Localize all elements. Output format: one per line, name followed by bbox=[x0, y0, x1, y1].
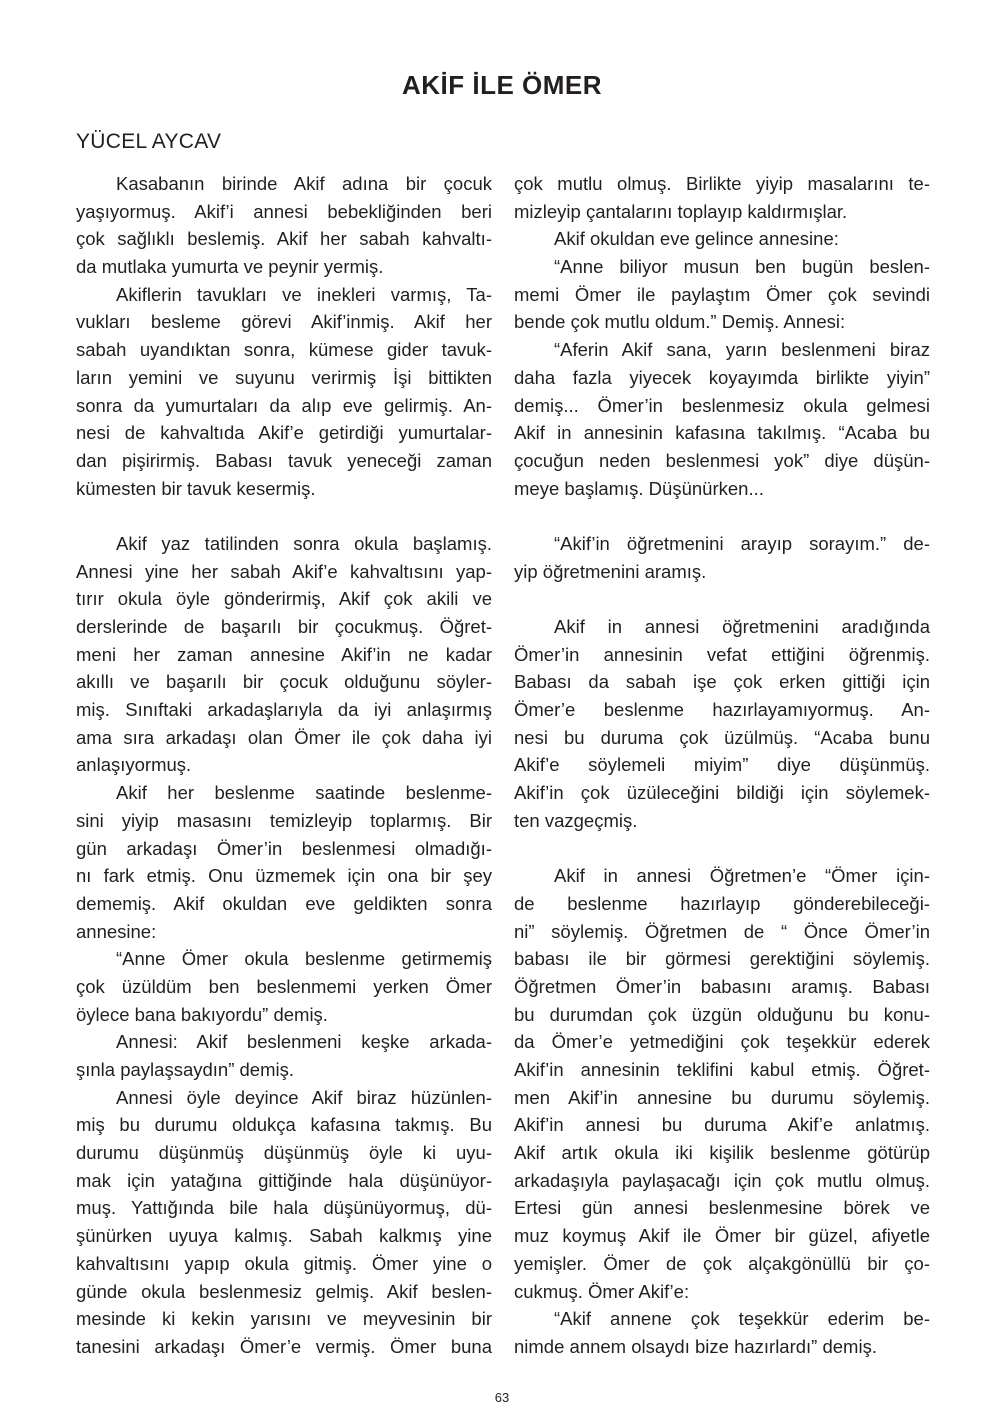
text-line: ten vazgeçmiş. bbox=[514, 807, 930, 835]
text-line: meye başlamış. Düşünürken... bbox=[514, 475, 930, 503]
page-number: 63 bbox=[0, 1390, 1004, 1405]
text-line: “Anne biliyor musun ben bugün beslen- bbox=[514, 253, 930, 281]
text-line: vukları besleme görevi Akif’inmiş. Akif … bbox=[76, 308, 492, 336]
text-line: Ömer’e beslenme hazırlayamıyormuş. An- bbox=[514, 696, 930, 724]
text-line: mesinde ki kekin yarısını ve meyvesinin … bbox=[76, 1305, 492, 1333]
text-line: sabah uyandıktan sonra, kümese gider tav… bbox=[76, 336, 492, 364]
text-line: Babası da sabah işe çok erken gittiği iç… bbox=[514, 668, 930, 696]
text-line: Akif her beslenme saatinde beslenme- bbox=[76, 779, 492, 807]
text-line: günde okula beslenmesiz gelmiş. Akif bes… bbox=[76, 1278, 492, 1306]
text-line: mak için yatağına gittiğinde hala düşünü… bbox=[76, 1167, 492, 1195]
paragraph-gap bbox=[514, 585, 930, 613]
text-line: Kasabanın birinde Akif adına bir çocuk bbox=[76, 170, 492, 198]
text-line: akıllı ve başarılı bir çocuk olduğunu sö… bbox=[76, 668, 492, 696]
text-line: durumu düşünmüş düşünmüş öyle ki uyu- bbox=[76, 1139, 492, 1167]
text-line: Ömer’in annesinin vefat ettiğini öğrenmi… bbox=[514, 641, 930, 669]
text-line: yip öğretmenini aramış. bbox=[514, 558, 930, 586]
text-line: Akif’e söylemeli miyim” diye düşünmüş. bbox=[514, 751, 930, 779]
text-line: Akif yaz tatilinden sonra okula başlamış… bbox=[76, 530, 492, 558]
text-line: da mutlaka yumurta ve peynir yermiş. bbox=[76, 253, 492, 281]
text-line: sonra da yumurtaları da alıp eve gelirmi… bbox=[76, 392, 492, 420]
text-line: Akif okuldan eve gelince annesine: bbox=[514, 225, 930, 253]
text-line: gün arkadaşı Ömer’in beslenmesi olmadığı… bbox=[76, 835, 492, 863]
text-line: memi Ömer ile paylaştım Ömer çok sevindi bbox=[514, 281, 930, 309]
text-line: çok mutlu olmuş. Birlikte yiyip masaları… bbox=[514, 170, 930, 198]
text-line: şınla paylaşsaydın” demiş. bbox=[76, 1056, 492, 1084]
text-line: demiş... Ömer’in beslenmesiz okula gelme… bbox=[514, 392, 930, 420]
text-line: ama sıra arkadaşı olan Ömer ile çok daha… bbox=[76, 724, 492, 752]
text-line: Annesi öyle deyince Akif biraz hüzünlen- bbox=[76, 1084, 492, 1112]
text-line: anlaşıyormuş. bbox=[76, 751, 492, 779]
text-line: Akif’in annesi bu duruma Akif’e anlatmış… bbox=[514, 1111, 930, 1139]
text-line: bende çok mutlu oldum.” Demiş. Annesi: bbox=[514, 308, 930, 336]
text-line: çocuğun neden beslenmesi yok” diye düşün… bbox=[514, 447, 930, 475]
text-line: Akif artık okula iki kişilik beslenme gö… bbox=[514, 1139, 930, 1167]
text-line: babası ile bir görmesi gerektiğini söyle… bbox=[514, 945, 930, 973]
text-line: “Aferin Akif sana, yarın beslenmeni bira… bbox=[514, 336, 930, 364]
text-line: Akiflerin tavukları ve inekleri varmış, … bbox=[76, 281, 492, 309]
text-line: dan pişirirmiş. Babası tavuk yeneceği za… bbox=[76, 447, 492, 475]
text-line: derslerinde de başarılı bir çocukmuş. Öğ… bbox=[76, 613, 492, 641]
text-line: Annesi: Akif beslenmeni keşke arkada- bbox=[76, 1028, 492, 1056]
text-line: Akif in annesi Öğretmen’e “Ömer için- bbox=[514, 862, 930, 890]
text-line: da Ömer’e yetmediğini çok teşekkür edere… bbox=[514, 1028, 930, 1056]
text-line: dememiş. Akif okuldan eve geldikten sonr… bbox=[76, 890, 492, 918]
text-line: Akif in annesi öğretmenini aradığında bbox=[514, 613, 930, 641]
text-line: çok üzüldüm ben beslenmemi yerken Ömer bbox=[76, 973, 492, 1001]
text-line: Annesi yine her sabah Akif’e kahvaltısın… bbox=[76, 558, 492, 586]
text-line: sini yiyip masasını temizleyip toplarmış… bbox=[76, 807, 492, 835]
text-line: daha fazla yiyecek koyayımda birlikte yi… bbox=[514, 364, 930, 392]
text-line: nesi bu duruma çok üzülmüş. “Acaba bunu bbox=[514, 724, 930, 752]
text-line: miş. Sınıftaki arkadaşlarıyla da iyi anl… bbox=[76, 696, 492, 724]
text-line: de beslenme hazırlayıp gönderebileceği- bbox=[514, 890, 930, 918]
text-line: çok sağlıklı beslemiş. Akif her sabah ka… bbox=[76, 225, 492, 253]
story-title: AKİF İLE ÖMER bbox=[0, 70, 1004, 101]
paragraph-gap bbox=[514, 835, 930, 863]
text-line: men Akif’in annesine bu durumu söylemiş. bbox=[514, 1084, 930, 1112]
text-line: öylece bana bakıyordu” demiş. bbox=[76, 1001, 492, 1029]
text-line: tanesini arkadaşı Ömer’e vermiş. Ömer bu… bbox=[76, 1333, 492, 1361]
text-line: “Akif’in öğretmenini arayıp sorayım.” de… bbox=[514, 530, 930, 558]
document-page: AKİF İLE ÖMER YÜCEL AYCAV Kasabanın biri… bbox=[0, 0, 1004, 1417]
text-line: şünürken uyuya kalmış. Sabah kalkmış yin… bbox=[76, 1222, 492, 1250]
text-line: mizleyip çantalarını toplayıp kaldırmışl… bbox=[514, 198, 930, 226]
text-line: ların yemini ve suyunu verirmiş İşi bitt… bbox=[76, 364, 492, 392]
text-line: miş bu durumu oldukça kafasına takmış. B… bbox=[76, 1111, 492, 1139]
text-line: kahvaltısını yapıp okula gitmiş. Ömer yi… bbox=[76, 1250, 492, 1278]
text-line: yemişler. Ömer de çok alçakgönüllü bir ç… bbox=[514, 1250, 930, 1278]
paragraph-gap bbox=[76, 502, 492, 530]
text-line: Akif’in çok üzüleceğini bildiği için söy… bbox=[514, 779, 930, 807]
text-line: nimde annem olsaydı bize hazırlardı” dem… bbox=[514, 1333, 930, 1361]
text-line: “Akif annene çok teşekkür ederim be- bbox=[514, 1305, 930, 1333]
text-line: kümesten bir tavuk kesermiş. bbox=[76, 475, 492, 503]
right-column: çok mutlu olmuş. Birlikte yiyip masaları… bbox=[514, 170, 930, 1361]
text-line: nesi de kahvaltıda Akif’e getirdiği yumu… bbox=[76, 419, 492, 447]
author-name: YÜCEL AYCAV bbox=[76, 130, 221, 154]
text-line: tırır okula öyle gönderirmiş, Akif çok a… bbox=[76, 585, 492, 613]
text-line: Akif in annesinin kafasına takılmış. “Ac… bbox=[514, 419, 930, 447]
text-line: meni her zaman annesine Akif’in ne kadar bbox=[76, 641, 492, 669]
text-line: muz koymuş Akif ile Ömer bir güzel, afiy… bbox=[514, 1222, 930, 1250]
text-line: Ertesi gün annesi beslenmesine börek ve bbox=[514, 1194, 930, 1222]
text-line: arkadaşıyla paylaşacağı için çok mutlu o… bbox=[514, 1167, 930, 1195]
text-line: “Anne Ömer okula beslenme getirmemiş bbox=[76, 945, 492, 973]
text-line: muş. Yattığında bile hala düşünüyormuş, … bbox=[76, 1194, 492, 1222]
left-column: Kasabanın birinde Akif adına bir çocuk y… bbox=[76, 170, 492, 1361]
text-line: nı fark etmiş. Onu üzmemek için ona bir … bbox=[76, 862, 492, 890]
text-line: yaşıyormuş. Akif’i annesi bebekliğinden … bbox=[76, 198, 492, 226]
text-line: Öğretmen Ömer’in babasını aramış. Babası bbox=[514, 973, 930, 1001]
paragraph-gap bbox=[514, 502, 930, 530]
text-line: annesine: bbox=[76, 918, 492, 946]
text-line: ni” söylemiş. Öğretmen de “ Önce Ömer’in bbox=[514, 918, 930, 946]
text-line: cukmuş. Ömer Akif’e: bbox=[514, 1278, 930, 1306]
text-line: bu durumdan çok üzgün olduğunu bu konu- bbox=[514, 1001, 930, 1029]
text-line: Akif’in annesinin teklifini kabul etmiş.… bbox=[514, 1056, 930, 1084]
